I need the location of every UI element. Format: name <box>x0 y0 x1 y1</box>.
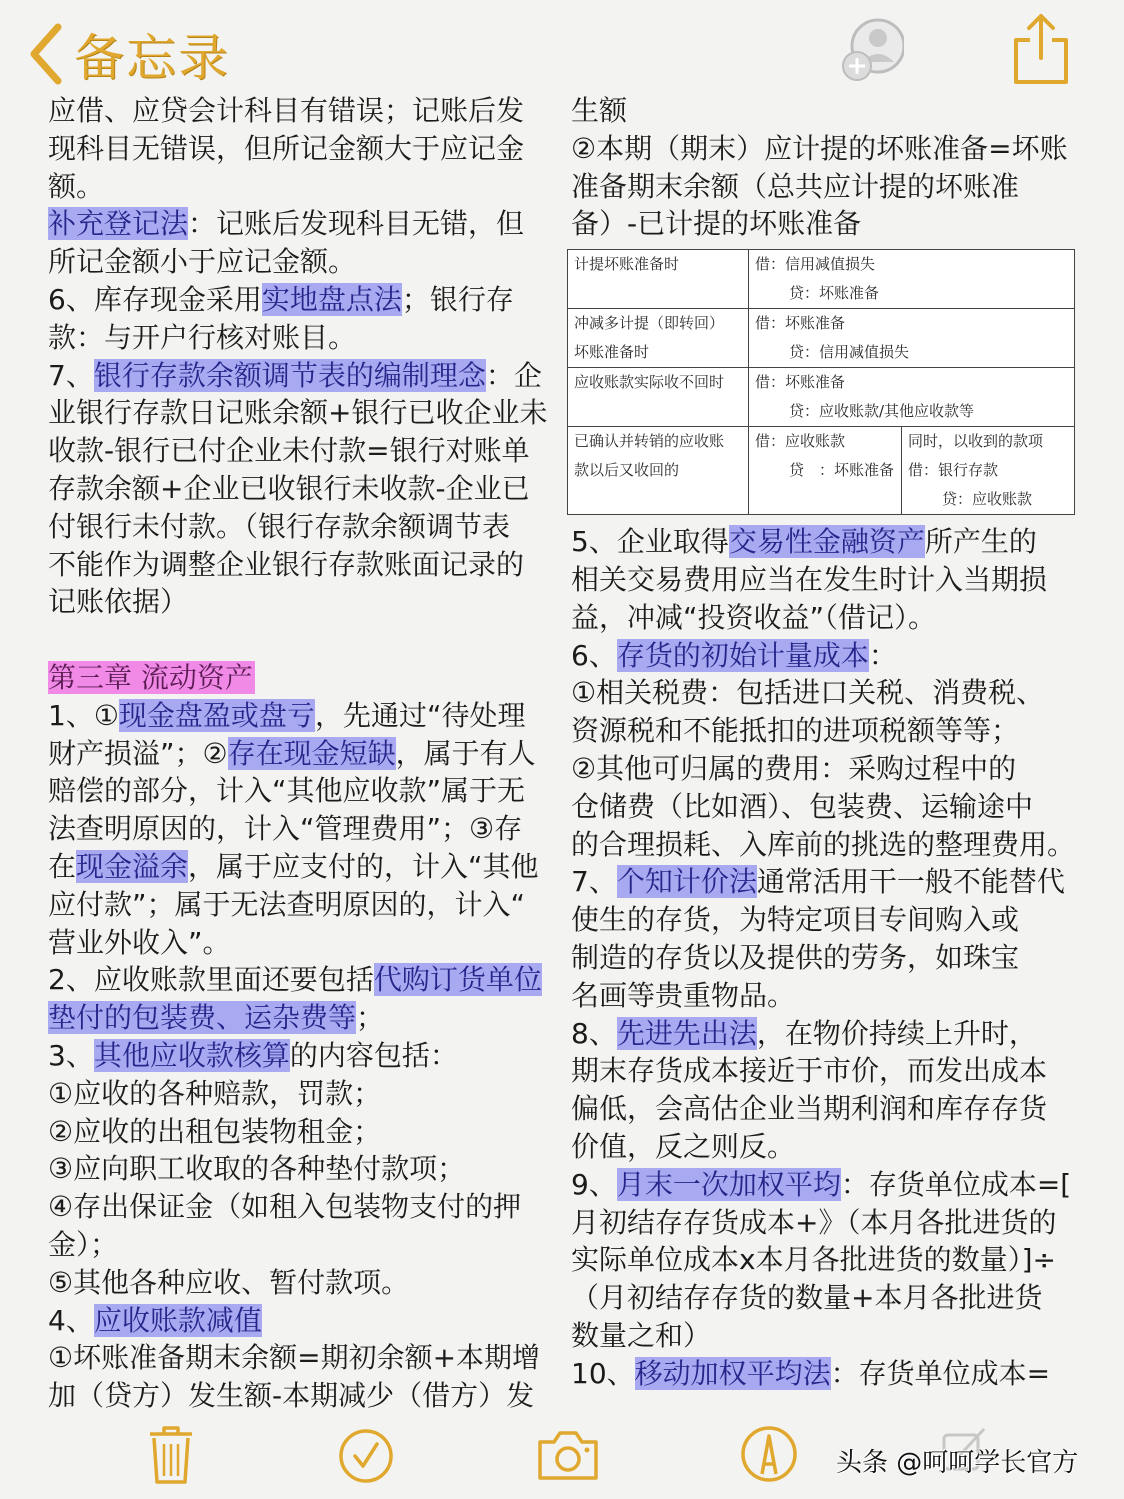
text-run: 使生的存货，为特定项目专间购入或 <box>571 903 1019 936</box>
highlighted-term: 补充登记法 <box>48 207 188 240</box>
note-line: 仓储费（比如酒）、包装费、运输途中 <box>571 788 1091 826</box>
note-line: ②应收的出租包装物租金； <box>48 1113 563 1151</box>
text-run: 数量之和） <box>571 1319 711 1352</box>
highlighted-term: 银行存款余额调节表的编制理念 <box>94 359 486 392</box>
camera-button[interactable] <box>536 1428 600 1486</box>
text-run: 月初结存存货成本+》（本月各批进货的 <box>571 1206 1056 1239</box>
text-run: 6、库存现金采用 <box>48 283 262 316</box>
note-line: 在现金溢余，属于应支付的，计入“其他 <box>48 848 563 886</box>
note-line: 7、银行存款余额调节表的编制理念：企 <box>48 357 563 395</box>
text-run: 7、 <box>571 865 617 898</box>
note-line: 付银行未付款。（银行存款余额调节表 <box>48 508 563 546</box>
note-line: 应付款”；属于无法查明原因的，计入“ <box>48 886 563 924</box>
share-icon <box>1010 12 1072 88</box>
delete-button[interactable] <box>146 1424 196 1490</box>
text-run: 9、 <box>571 1168 617 1201</box>
note-line: 法查明原因的，计入“管理费用”；③存 <box>48 810 563 848</box>
text-run: 6、 <box>571 639 617 672</box>
text-run: 生额 <box>571 94 627 127</box>
note-line: ①坏账准备期末余额=期初余额+本期增 <box>48 1339 563 1377</box>
text-run: 加（贷方）发生额-本期减少（借方）发 <box>48 1379 534 1412</box>
text-run: 金）； <box>48 1228 118 1261</box>
text-run: 制造的存货以及提供的劳务，如珠宝 <box>571 941 1019 974</box>
note-line: 第三章 流动资产 <box>48 659 563 697</box>
note-line: 垫付的包装费、运杂费等； <box>48 999 563 1037</box>
highlighted-term: 现金溢余 <box>76 850 188 883</box>
text-run: ，先通过“待处理 <box>315 699 526 732</box>
note-line: 存款余额+企业已收银行未收款-企业已 <box>48 470 563 508</box>
note-line: 收款-银行已付企业未付款=银行对账单 <box>48 432 563 470</box>
bad-debt-journal-table: 计提坏账准备时 借：信用减值损失贷：坏账准备冲减多计提（即转回）坏账准备时借：坏… <box>567 249 1075 515</box>
text-run: 存款余额+企业已收银行未收款-企业已 <box>48 472 530 505</box>
text-run: 价值，反之则反。 <box>571 1130 795 1163</box>
note-line: ①应收的各种赔款，罚款； <box>48 1075 563 1113</box>
highlighted-term: 代购订货单位 <box>374 963 542 996</box>
note-line: ②其他可归属的费用：采购过程中的 <box>571 750 1091 788</box>
text-run: 7、 <box>48 359 94 392</box>
note-line: （月初结存存货的数量+本月各批进货 <box>571 1279 1091 1317</box>
text-run: 所产生的 <box>925 525 1037 558</box>
text-run: 付银行未付款。（银行存款余额调节表 <box>48 510 510 543</box>
note-line: 的合理损耗、入库前的挑选的整理费用。 <box>571 826 1091 864</box>
journal-entry-cell: 借：信用减值损失贷：坏账准备 <box>749 250 1075 309</box>
text-run: 法查明原因的，计入“管理费用”；③存 <box>48 812 522 845</box>
case-cell: 冲减多计提（即转回）坏账准备时 <box>568 309 749 368</box>
note-line: 实际单位成本x本月各批进货的数量）]÷ <box>571 1241 1091 1279</box>
text-run: ④存出保证金（如租入包装物支付的押 <box>48 1190 521 1223</box>
note-line: 准备期末余额（总共应计提的坏账准 <box>571 168 1091 206</box>
note-line: ④存出保证金（如租入包装物支付的押 <box>48 1188 563 1226</box>
note-line: 款：与开户行核对账目。 <box>48 319 563 357</box>
text-run: 准备期末余额（总共应计提的坏账准 <box>571 170 1019 203</box>
note-line: 资源税和不能抵扣的进项税额等等； <box>571 712 1091 750</box>
text-run: 应借、应贷会计科目有错误；记账后发 <box>48 94 524 127</box>
note-line: 7、个知计价法通常活用干一般不能替代 <box>571 863 1091 901</box>
text-run: ，在物价持续上升时， <box>757 1017 1037 1050</box>
journal-entry-cell: 借：坏账准备贷：信用减值损失 <box>749 309 1075 368</box>
note-line: 应借、应贷会计科目有错误；记账后发 <box>48 92 563 130</box>
note-line: 8、先进先出法，在物价持续上升时， <box>571 1015 1091 1053</box>
note-column-right[interactable]: 生额②本期（期末）应计提的坏账准备=坏账准备期末余额（总共应计提的坏账准备）-已… <box>571 92 1091 1393</box>
note-line: 业银行存款日记账余额+银行已收企业未 <box>48 394 563 432</box>
text-run: ： <box>869 639 897 672</box>
note-line: 价值，反之则反。 <box>571 1128 1091 1166</box>
note-line: 制造的存货以及提供的劳务，如珠宝 <box>571 939 1091 977</box>
text-run: ，属于应支付的，计入“其他 <box>188 850 539 883</box>
note-line: 偏低，会高估企业当期利润和库存存货 <box>571 1090 1091 1128</box>
note-line: 1、①现金盘盈或盘亏，先通过“待处理 <box>48 697 563 735</box>
note-line: 额。 <box>48 168 563 206</box>
note-line: 补充登记法：记账后发现科目无错，但 <box>48 205 563 243</box>
text-run: ②其他可归属的费用：采购过程中的 <box>571 752 1016 785</box>
text-run: 现科目无错误，但所记金额大于应记金 <box>48 132 524 165</box>
camera-icon <box>536 1428 600 1482</box>
note-line: 2、应收账款里面还要包括代购订货单位 <box>48 961 563 999</box>
note-column-left[interactable]: 应借、应贷会计科目有错误；记账后发现科目无错误，但所记金额大于应记金额。补充登记… <box>48 92 563 1415</box>
table-row: 应收账款实际收不回时 借：坏账准备贷：应收账款/其他应收款等 <box>568 368 1075 427</box>
text-run: ，属于有人 <box>396 737 536 770</box>
note-line: ③应向职工收取的各种垫付款项； <box>48 1150 563 1188</box>
text-run: 偏低，会高估企业当期利润和库存存货 <box>571 1092 1047 1125</box>
watermark: 头条 @呵呵学长官方 <box>836 1442 1078 1479</box>
note-line: 4、应收账款减值 <box>48 1302 563 1340</box>
note-line: 不能作为调整企业银行存款账面记录的 <box>48 546 563 584</box>
highlighted-term: 其他应收款核算 <box>94 1039 290 1072</box>
note-line: 期末存货成本接近于市价，而发出成本 <box>571 1052 1091 1090</box>
chevron-left-icon <box>24 21 68 87</box>
text-run: ：存货单位成本=[ <box>841 1168 1071 1201</box>
text-run: 4、 <box>48 1304 94 1337</box>
highlighted-term: 移动加权平均法 <box>635 1357 831 1390</box>
note-line: 月初结存存货成本+》（本月各批进货的 <box>571 1204 1091 1242</box>
highlighted-term: 存货的初始计量成本 <box>617 639 869 672</box>
table-row: 冲减多计提（即转回）坏账准备时借：坏账准备贷：信用减值损失 <box>568 309 1075 368</box>
note-line: ①相关税费：包括进口关税、消费税、 <box>571 674 1091 712</box>
text-run: 期末存货成本接近于市价，而发出成本 <box>571 1054 1047 1087</box>
add-person-icon <box>840 14 904 84</box>
note-line: 金）； <box>48 1226 563 1264</box>
text-run: 收款-银行已付企业未付款=银行对账单 <box>48 434 530 467</box>
note-line: 营业外收入”。 <box>48 924 563 962</box>
note-line: ⑤其他各种应收、暂付款项。 <box>48 1264 563 1302</box>
text-run: 2、应收账款里面还要包括 <box>48 963 374 996</box>
text-run: ②本期（期末）应计提的坏账准备=坏账 <box>571 132 1068 165</box>
case-cell: 应收账款实际收不回时 <box>568 368 749 427</box>
note-line: 5、企业取得交易性金融资产所产生的 <box>571 523 1091 561</box>
highlighted-term: 交易性金融资产 <box>729 525 925 558</box>
text-run: ：存货单位成本= <box>831 1357 1050 1390</box>
text-run: 额。 <box>48 170 104 203</box>
text-run: ：企 <box>486 359 542 392</box>
highlighted-term: 垫付的包装费、运杂费等 <box>48 1001 356 1034</box>
back-label: 备忘录 <box>74 18 230 90</box>
highlighted-term: 月末一次加权平均 <box>617 1168 841 1201</box>
text-run: 不能作为调整企业银行存款账面记录的 <box>48 548 524 581</box>
text-run: 应付款”；属于无法查明原因的，计入“ <box>48 888 525 921</box>
case-cell: 计提坏账准备时 <box>568 250 749 309</box>
highlighted-term: 个知计价法 <box>617 865 757 898</box>
text-run: 相关交易费用应当在发生时计入当期损 <box>571 563 1047 596</box>
text-run: 通常活用干一般不能替代 <box>757 865 1065 898</box>
text-run: 的合理损耗、入库前的挑选的整理费用。 <box>571 828 1075 861</box>
text-run: 10、 <box>571 1357 635 1390</box>
highlighted-term: 现金盘盈或盘亏 <box>119 699 315 732</box>
checklist-button[interactable] <box>338 1428 394 1488</box>
table-row: 已确认并转销的应收账款以后又收回的借：应收账款贷 ：坏账准备同时，以收到的款项借… <box>568 427 1075 515</box>
text-run: 名画等贵重物品。 <box>571 979 795 1012</box>
text-run: 1、① <box>48 699 119 732</box>
text-block-after-table: 5、企业取得交易性金融资产所产生的相关交易费用应当在发生时计入当期损益，冲减“投… <box>571 523 1091 1392</box>
text-run: ②应收的出租包装物租金； <box>48 1115 381 1148</box>
text-run: 赔偿的部分，计入“其他应收款”属于无 <box>48 774 525 807</box>
note-line: 6、存货的初始计量成本： <box>571 637 1091 675</box>
chapter-heading: 第三章 流动资产 <box>48 661 255 694</box>
text-run: （月初结存存货的数量+本月各批进货 <box>571 1281 1042 1314</box>
text-run: 营业外收入”。 <box>48 926 231 959</box>
text-run: 财产损溢”；② <box>48 737 228 770</box>
text-run: ； <box>356 1001 384 1034</box>
text-block-before-table: 生额②本期（期末）应计提的坏账准备=坏账准备期末余额（总共应计提的坏账准备）-已… <box>571 92 1091 243</box>
note-line: 9、月末一次加权平均：存货单位成本=[ <box>571 1166 1091 1204</box>
journal-entry-cell: 借：坏账准备贷：应收账款/其他应收款等 <box>749 368 1075 427</box>
note-line: 6、库存现金采用实地盘点法；银行存 <box>48 281 563 319</box>
table-row: 计提坏账准备时 借：信用减值损失贷：坏账准备 <box>568 250 1075 309</box>
text-run: 8、 <box>571 1017 617 1050</box>
note-line: 益，冲减“投资收益”（借记）。 <box>571 599 1091 637</box>
note-line: 3、其他应收款核算的内容包括： <box>48 1037 563 1075</box>
note-line: 赔偿的部分，计入“其他应收款”属于无 <box>48 772 563 810</box>
text-run: 业银行存款日记账余额+银行已收企业未 <box>48 396 547 429</box>
text-run: 所记金额小于应记金额。 <box>48 245 356 278</box>
text-run: 益，冲减“投资收益”（借记）。 <box>571 601 936 634</box>
journal-entry-cell: 借：应收账款贷 ：坏账准备 <box>749 427 902 515</box>
text-run: ①应收的各种赔款，罚款； <box>48 1077 381 1110</box>
text-run: ①坏账准备期末余额=期初余额+本期增 <box>48 1341 540 1374</box>
text-run: 5、企业取得 <box>571 525 729 558</box>
text-run: 备）-已计提的坏账准备 <box>571 207 861 240</box>
text-run: ③应向职工收取的各种垫付款项； <box>48 1152 465 1185</box>
share-button[interactable] <box>1010 12 1072 92</box>
text-run: 的内容包括： <box>290 1039 458 1072</box>
note-line: 使生的存货，为特定项目专间购入或 <box>571 901 1091 939</box>
text-run: 记账依据） <box>48 585 188 618</box>
additional-entry-cell: 同时，以收到的款项借：银行存款贷：应收账款 <box>902 427 1075 515</box>
case-cell: 已确认并转销的应收账款以后又收回的 <box>568 427 749 515</box>
text-run: ：记账后发现科目无错，但 <box>188 207 524 240</box>
highlighted-term: 实地盘点法 <box>262 283 402 316</box>
highlighted-term: 先进先出法 <box>617 1017 757 1050</box>
note-line: 记账依据） <box>48 583 563 621</box>
text-run: 在 <box>48 850 76 883</box>
text-run: ；银行存 <box>402 283 514 316</box>
note-line: 备）-已计提的坏账准备 <box>571 205 1091 243</box>
note-line: 10、移动加权平均法：存货单位成本= <box>571 1355 1091 1393</box>
note-line: 现科目无错误，但所记金额大于应记金 <box>48 130 563 168</box>
highlighted-term: 应收账款减值 <box>94 1304 262 1337</box>
back-button[interactable]: 备忘录 <box>24 18 230 90</box>
text-run: 资源税和不能抵扣的进项税额等等； <box>571 714 1019 747</box>
note-line: ②本期（期末）应计提的坏账准备=坏账 <box>571 130 1091 168</box>
text-run: 仓储费（比如酒）、包装费、运输途中 <box>571 790 1033 823</box>
note-line: 数量之和） <box>571 1317 1091 1355</box>
markup-button[interactable] <box>740 1424 798 1488</box>
text-run: ⑤其他各种应收、暂付款项。 <box>48 1266 409 1299</box>
text-run: 款：与开户行核对账目。 <box>48 321 356 354</box>
highlighted-term: 存在现金短缺 <box>228 737 396 770</box>
markup-icon <box>740 1424 798 1484</box>
note-line: 财产损溢”；②存在现金短缺，属于有人 <box>48 735 563 773</box>
text-run: 3、 <box>48 1039 94 1072</box>
blank-line <box>48 621 563 659</box>
note-line: 所记金额小于应记金额。 <box>48 243 563 281</box>
checklist-icon <box>338 1428 394 1484</box>
text-run: 实际单位成本x本月各批进货的数量）]÷ <box>571 1243 1056 1276</box>
note-line: 生额 <box>571 92 1091 130</box>
note-line: 名画等贵重物品。 <box>571 977 1091 1015</box>
text-run: ①相关税费：包括进口关税、消费税、 <box>571 676 1044 709</box>
trash-icon <box>146 1424 196 1486</box>
note-line: 相关交易费用应当在发生时计入当期损 <box>571 561 1091 599</box>
add-person-button[interactable] <box>840 14 904 88</box>
navigation-bar: 备忘录 <box>0 0 1124 96</box>
